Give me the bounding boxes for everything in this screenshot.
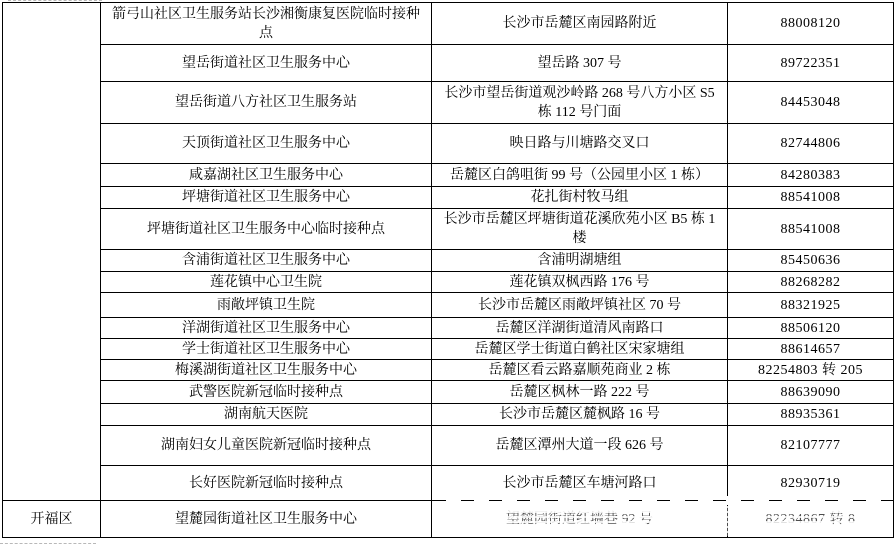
vaccination-sites-table: 箭弓山社区卫生服务站长沙湘衡康复医院临时接种点 长沙市岳麓区南园路附近 8800… [2,2,894,538]
page: 箭弓山社区卫生服务站长沙湘衡康复医院临时接种点 长沙市岳麓区南园路附近 8800… [0,0,896,546]
table-row: 望岳街道社区卫生服务中心 望岳路 307 号 89722351 [3,45,894,82]
phone-cell: 88639090 [728,381,894,404]
facility-name-cell: 梅溪湖街道社区卫生服务中心 [101,360,432,381]
phone-cell: 88008120 [728,3,894,45]
table-row: 坪塘街道社区卫生服务中心 花扎街村牧马组 88541008 [3,187,894,209]
district-cell [3,3,101,501]
address-cell: 望岳路 307 号 [432,45,728,82]
facility-name-cell: 天顶街道社区卫生服务中心 [101,124,432,164]
table-row: 洋湖街道社区卫生服务中心 岳麓区洋湖街道清风南路口 88506120 [3,318,894,339]
facility-name-cell: 洋湖街道社区卫生服务中心 [101,318,432,339]
address-cell: 长沙市岳麓区车塘河路口 [432,466,728,501]
phone-cell: 88321925 [728,293,894,318]
facility-name-cell: 坪塘街道社区卫生服务中心 [101,187,432,209]
table-row: 箭弓山社区卫生服务站长沙湘衡康复医院临时接种点 长沙市岳麓区南园路附近 8800… [3,3,894,45]
table-row: 含浦街道社区卫生服务中心 含浦明湖塘组 85450636 [3,250,894,272]
phone-cell: 88506120 [728,318,894,339]
facility-name-cell: 武警医院新冠临时接种点 [101,381,432,404]
phone-cell: 88614657 [728,339,894,360]
table-row: 莲花镇中心卫生院 莲花镇双枫西路 176 号 88268282 [3,272,894,293]
phone-cell: 82254803 转 205 [728,360,894,381]
table-row: 开福区 望麓园街道社区卫生服务中心 望麓园街道红墙巷 92 号 82234867… [3,501,894,538]
address-cell: 长沙市岳麓区坪塘街道花溪欣苑小区 B5 栋 1 楼 [432,209,728,250]
phone-cell: 89722351 [728,45,894,82]
phone-cell: 88541008 [728,209,894,250]
district-cell: 开福区 [3,501,101,538]
facility-name-cell: 学士街道社区卫生服务中心 [101,339,432,360]
table-row: 坪塘街道社区卫生服务中心临时接种点 长沙市岳麓区坪塘街道花溪欣苑小区 B5 栋 … [3,209,894,250]
facility-name-cell: 长好医院新冠临时接种点 [101,466,432,501]
phone-cell: 82744806 [728,124,894,164]
table-row: 雨敞坪镇卫生院 长沙市岳麓区雨敞坪镇社区 70 号 88321925 [3,293,894,318]
phone-cell: 82107777 [728,426,894,466]
address-cell: 岳麓区学士街道白鹤社区宋家塘组 [432,339,728,360]
phone-cell: 82234867 转 8 [728,501,894,538]
table-row: 天顶街道社区卫生服务中心 映日路与川塘路交叉口 82744806 [3,124,894,164]
table-row: 长好医院新冠临时接种点 长沙市岳麓区车塘河路口 82930719 [3,466,894,501]
address-cell: 望麓园街道红墙巷 92 号 [432,501,728,538]
crop-dash-line-top [8,0,102,1]
facility-name-cell: 莲花镇中心卫生院 [101,272,432,293]
address-cell: 岳麓区看云路嘉顺苑商业 2 栋 [432,360,728,381]
address-cell: 岳麓区洋湖街道清风南路口 [432,318,728,339]
table-row: 咸嘉湖社区卫生服务中心 岳麓区白鸽咀街 99 号（公园里小区 1 栋） 8428… [3,164,894,187]
table-row: 武警医院新冠临时接种点 岳麓区枫林一路 222 号 88639090 [3,381,894,404]
facility-name-cell: 湖南妇女儿童医院新冠临时接种点 [101,426,432,466]
table-row: 湖南航天医院 长沙市岳麓区麓枫路 16 号 88935361 [3,404,894,426]
table-row: 望岳街道八方社区卫生服务站 长沙市望岳街道观沙岭路 268 号八方小区 S5 栋… [3,82,894,124]
crop-dash-line-bottom [0,543,96,544]
phone-cell: 84280383 [728,164,894,187]
address-cell: 岳麓区白鸽咀街 99 号（公园里小区 1 栋） [432,164,728,187]
facility-name-cell: 望岳街道八方社区卫生服务站 [101,82,432,124]
facility-name-cell: 望岳街道社区卫生服务中心 [101,45,432,82]
address-cell: 长沙市岳麓区麓枫路 16 号 [432,404,728,426]
address-cell: 岳麓区潭州大道一段 626 号 [432,426,728,466]
table-row: 梅溪湖街道社区卫生服务中心 岳麓区看云路嘉顺苑商业 2 栋 82254803 转… [3,360,894,381]
phone-cell: 88935361 [728,404,894,426]
address-cell: 长沙市望岳街道观沙岭路 268 号八方小区 S5 栋 112 号门面 [432,82,728,124]
facility-name-cell: 咸嘉湖社区卫生服务中心 [101,164,432,187]
address-cell: 花扎街村牧马组 [432,187,728,209]
table-row: 学士街道社区卫生服务中心 岳麓区学士街道白鹤社区宋家塘组 88614657 [3,339,894,360]
address-cell: 岳麓区枫林一路 222 号 [432,381,728,404]
address-cell: 映日路与川塘路交叉口 [432,124,728,164]
address-cell: 含浦明湖塘组 [432,250,728,272]
facility-name-cell: 含浦街道社区卫生服务中心 [101,250,432,272]
phone-cell: 88541008 [728,187,894,209]
address-cell: 长沙市岳麓区雨敞坪镇社区 70 号 [432,293,728,318]
facility-name-cell: 望麓园街道社区卫生服务中心 [101,501,432,538]
facility-name-cell: 箭弓山社区卫生服务站长沙湘衡康复医院临时接种点 [101,3,432,45]
phone-cell: 85450636 [728,250,894,272]
phone-cell: 82930719 [728,466,894,501]
address-cell: 莲花镇双枫西路 176 号 [432,272,728,293]
phone-cell: 88268282 [728,272,894,293]
phone-cell: 84453048 [728,82,894,124]
facility-name-cell: 雨敞坪镇卫生院 [101,293,432,318]
facility-name-cell: 湖南航天医院 [101,404,432,426]
address-cell: 长沙市岳麓区南园路附近 [432,3,728,45]
facility-name-cell: 坪塘街道社区卫生服务中心临时接种点 [101,209,432,250]
table-row: 湖南妇女儿童医院新冠临时接种点 岳麓区潭州大道一段 626 号 82107777 [3,426,894,466]
